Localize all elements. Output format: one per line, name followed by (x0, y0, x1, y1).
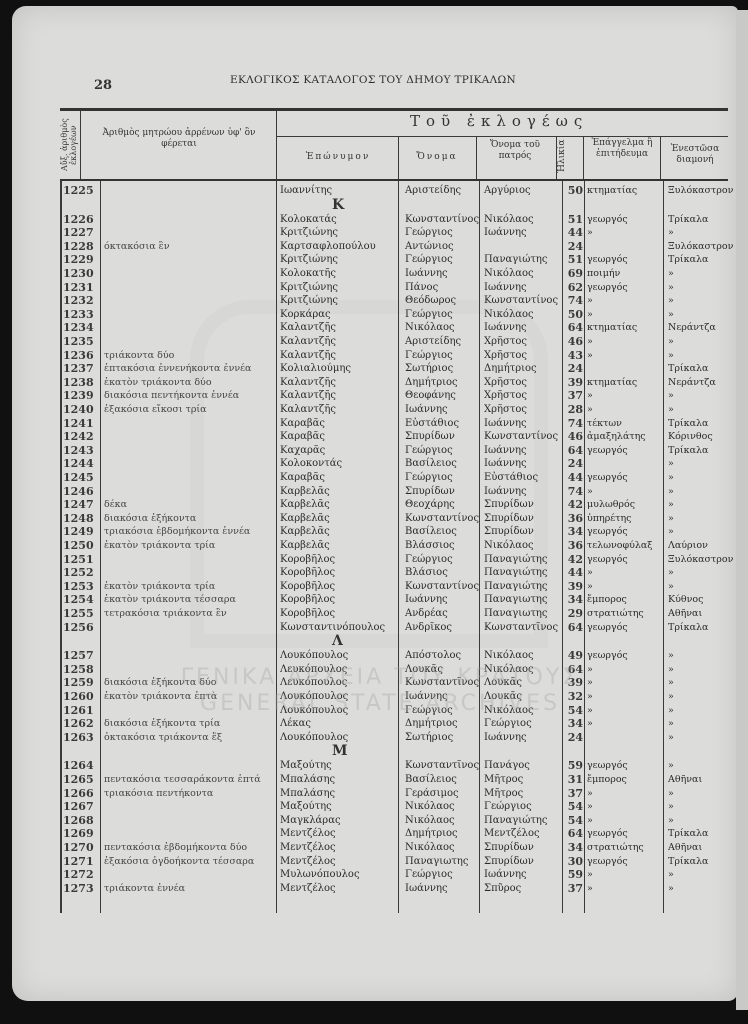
age-cell: 37 (565, 787, 583, 800)
residence-cell: » (668, 349, 674, 362)
residence-cell: Κύθνος (668, 593, 703, 606)
surname-cell: Κολοκατῆς (280, 267, 336, 280)
occupation-cell: » (587, 868, 593, 881)
occupation-cell: γεωργός (587, 213, 628, 226)
first-name-cell: Πάνος (405, 281, 438, 294)
first-name-cell: Κωνσταντῖνος (405, 676, 479, 689)
surname-cell: Καραβᾶς (280, 471, 325, 484)
header-father-name: Ὄνομα τοῦ πατρός (490, 140, 540, 162)
first-name-cell: Γεώργιος (405, 471, 453, 484)
registry-number-cell: τριακόσια ἑβδομήκοντα ἐννέα (104, 525, 250, 538)
father-name-cell: Κωνσταντίνος (484, 430, 558, 443)
father-name-cell: Χρῆστος (484, 403, 527, 416)
father-name-cell: Νικόλαος (484, 308, 534, 321)
first-name-cell: Κωνσταντίνος (405, 512, 479, 525)
age-cell: 59 (565, 759, 583, 772)
first-name-cell: Λουκᾶς (405, 663, 443, 676)
first-name-cell: Θεοχάρης (405, 498, 455, 511)
registry-number-cell: διακόσια πεντήκοντα ἐννέα (104, 389, 239, 402)
residence-cell: » (668, 389, 674, 402)
table-row: 1265πεντακόσια τεσσαράκοντα ἑπτάΜπαλάσης… (60, 773, 728, 786)
age-cell: 39 (565, 580, 583, 593)
age-cell: 69 (565, 267, 583, 280)
occupation-cell: » (587, 717, 593, 730)
first-name-cell: Θεοφάνης (405, 389, 456, 402)
residence-cell: Ξυλόκαστρον (668, 184, 733, 197)
table-row: 1262διακόσια ἑξήκοντα τρίαΛέκαςΔημήτριος… (60, 717, 728, 730)
registry-number-cell: ἑκατὸν τριάκοντα τρία (104, 539, 215, 552)
first-name-cell: Παναγιωτης (405, 855, 468, 868)
first-name-cell: Βασίλειος (405, 773, 457, 786)
page-number: 28 (94, 78, 112, 93)
header-divider (476, 136, 477, 179)
father-name-cell: Ιωάννης (484, 457, 527, 470)
header-divider (583, 136, 584, 179)
occupation-cell: γεωργός (587, 471, 628, 484)
table-row: 1246ΚαρβελᾶςΣπυρίδωνΙωάννης74»» (60, 485, 728, 498)
residence-cell: » (668, 717, 674, 730)
serial-number-cell: 1262 (63, 717, 99, 730)
father-name-cell: Παναγιώτης (484, 553, 547, 566)
father-name-cell: Κωνσταντίνος (484, 294, 558, 307)
table-row: 1237ἑπτακόσια ἐννενήκοντα ἐννέαΚολιαλιού… (60, 362, 728, 375)
registry-number-cell: διακόσια ἑξήκοντα (104, 512, 196, 525)
age-cell: 32 (565, 690, 583, 703)
table-row: 1242ΚαραβᾶςΣπυρίδωνΚωνσταντίνος46ἀμαξηλά… (60, 430, 728, 443)
first-name-cell: Ιωάννης (405, 267, 448, 280)
registry-number-cell: ἑκατὸν τριάκοντα δύο (104, 376, 212, 389)
serial-number-cell: 1238 (63, 376, 99, 389)
age-cell: 24 (565, 240, 583, 253)
father-name-cell: Γεώργιος (484, 800, 532, 813)
father-name-cell: Νικόλαος (484, 213, 534, 226)
table-row: 1227ΚριτζιώνηςΓεώργιοςΙωάννης44»» (60, 226, 728, 239)
surname-cell: Κριτζιώνης (280, 281, 338, 294)
header-surname: Ἐπώνυμον (280, 152, 396, 163)
residence-cell: Τρίκαλα (668, 362, 708, 375)
residence-cell: » (668, 704, 674, 717)
serial-number-cell: 1227 (63, 226, 99, 239)
surname-cell: Καλαντζῆς (280, 321, 336, 334)
age-cell: 46 (565, 430, 583, 443)
first-name-cell: Κωνσταντίνος (405, 213, 479, 226)
serial-number-cell: 1259 (63, 676, 99, 689)
age-cell: 39 (565, 376, 583, 389)
first-name-cell: Βασίλειος (405, 525, 457, 538)
occupation-cell: στρατιώτης (587, 841, 644, 854)
serial-number-cell: 1271 (63, 855, 99, 868)
serial-number-cell: 1242 (63, 430, 99, 443)
serial-number-cell: 1270 (63, 841, 99, 854)
surname-cell: Μεντζέλος (280, 882, 336, 895)
first-name-cell: Γεώργιος (405, 226, 453, 239)
serial-number-cell: 1255 (63, 607, 99, 620)
surname-cell: Κοροβῆλος (280, 593, 335, 606)
father-name-cell: Ιωάννης (484, 281, 527, 294)
residence-cell: » (668, 649, 674, 662)
father-name-cell: Ιωάννης (484, 731, 527, 744)
first-name-cell: Θεόδωρος (405, 294, 456, 307)
table-row: 1233ΚορκάραςΓεώργιοςΝικόλαος50»» (60, 308, 728, 321)
first-name-cell: Ανδρέας (405, 607, 448, 620)
surname-cell: Κολοκοντάς (280, 457, 342, 470)
occupation-cell: » (587, 566, 593, 579)
table-row: 1255τετρακόσια τριάκοντα ἓνΚοροβῆλοςΑνδρ… (60, 607, 728, 620)
table-row: 1241ΚαραβᾶςΕὐστάθιοςΙωάννης74τέκτωνΤρίκα… (60, 417, 728, 430)
occupation-cell: ἔμπορος (587, 593, 627, 606)
residence-cell: Τρίκαλα (668, 827, 708, 840)
first-name-cell: Βλάσιος (405, 566, 448, 579)
father-name-cell: Παναγιωτης (484, 593, 547, 606)
table-row: 1272ΜυλωνόπουλοςΓεώργιοςΙωάννης59»» (60, 868, 728, 881)
first-name-cell: Κωνσταντῖνος (405, 759, 479, 772)
surname-cell: Καλαντζῆς (280, 389, 336, 402)
father-name-cell: Κωνσταντῖνος (484, 621, 558, 634)
surname-cell: Κωνσταντινόπουλος (280, 621, 385, 634)
father-name-cell: Χρῆστος (484, 335, 527, 348)
serial-number-cell: 1237 (63, 362, 99, 375)
serial-number-cell: 1273 (63, 882, 99, 895)
age-cell: 50 (565, 184, 583, 197)
age-cell: 54 (565, 814, 583, 827)
age-cell: 24 (565, 457, 583, 470)
residence-cell: » (668, 868, 674, 881)
father-name-cell: Παναγιωτης (484, 607, 547, 620)
table-row: 1270πεντακόσια ἑβδομήκοντα δύοΜεντζέλοςΝ… (60, 841, 728, 854)
age-cell: 62 (565, 281, 583, 294)
table-row: 1235ΚαλαντζῆςΑριστείδηςΧρῆστος46»» (60, 335, 728, 348)
residence-cell: Λαύριον (668, 539, 708, 552)
surname-cell: Κοροβῆλος (280, 553, 335, 566)
father-name-cell: Σπῦρος (484, 882, 521, 895)
surname-cell: Λουκόπουλος (280, 649, 348, 662)
serial-number-cell: 1251 (63, 553, 99, 566)
registry-number-cell: πεντακόσια ἑβδομήκοντα δύο (104, 841, 247, 854)
age-cell: 24 (565, 362, 583, 375)
registry-number-cell: τριάκοντα ἐννέα (104, 882, 185, 895)
occupation-cell: » (587, 226, 593, 239)
table-row: 1266τριακόσια πεντήκονταΜπαλάσηςΓεράσιμο… (60, 787, 728, 800)
surname-cell: Μπαλάσης (280, 787, 335, 800)
age-cell: 44 (565, 226, 583, 239)
occupation-cell: » (587, 787, 593, 800)
surname-cell: Λουκόπουλος (280, 690, 348, 703)
serial-number-cell: 1258 (63, 663, 99, 676)
residence-cell: Τρίκαλα (668, 855, 708, 868)
alphabet-section-letter: Κ (332, 197, 344, 213)
occupation-cell: » (587, 485, 593, 498)
occupation-cell: ὑπηρέτης (587, 512, 632, 525)
occupation-cell: γεωργός (587, 759, 628, 772)
first-name-cell: Απόστολος (405, 649, 461, 662)
serial-number-cell: 1260 (63, 690, 99, 703)
first-name-cell: Νικόλαος (405, 814, 455, 827)
first-name-cell: Νικόλαος (405, 841, 455, 854)
serial-number-cell: 1243 (63, 444, 99, 457)
serial-number-cell: 1240 (63, 403, 99, 416)
age-cell: 36 (565, 539, 583, 552)
occupation-cell: γεωργός (587, 621, 628, 634)
residence-cell: » (668, 226, 674, 239)
surname-cell: Καχαρᾶς (280, 444, 325, 457)
surname-cell: Κολιαλιούμης (280, 362, 351, 375)
serial-number-cell: 1253 (63, 580, 99, 593)
occupation-cell: κτηματίας (587, 321, 637, 334)
residence-cell: » (668, 457, 674, 470)
header-divider (276, 111, 277, 179)
serial-number-cell: 1254 (63, 593, 99, 606)
occupation-cell: » (587, 690, 593, 703)
first-name-cell: Σπυρίδων (405, 430, 455, 443)
header-registry-number: Ἀριθμὸς μητρώου ἀρρένων ὑφ' ὃν φέρεται (86, 128, 272, 150)
father-name-cell: Χρῆστος (484, 349, 527, 362)
residence-cell: » (668, 731, 674, 744)
residence-cell: » (668, 663, 674, 676)
father-name-cell: Νικόλαος (484, 649, 534, 662)
residence-cell: » (668, 676, 674, 689)
header-elector-group: Τοῦ ἐκλογέως (410, 112, 588, 130)
serial-number-cell: 1247 (63, 498, 99, 511)
residence-cell: » (668, 485, 674, 498)
serial-number-cell: 1229 (63, 253, 99, 266)
occupation-cell: γεωργός (587, 827, 628, 840)
surname-cell: Μαγκλάρας (280, 814, 341, 827)
table-row: 1264ΜαξούτηςΚωνσταντῖνοςΠανάγος59γεωργός… (60, 759, 728, 772)
surname-cell: Μαξούτης (280, 759, 332, 772)
table-row: 1253ἑκατὸν τριάκοντα τρίαΚοροβῆλοςΚωνστα… (60, 580, 728, 593)
occupation-cell: στρατιώτης (587, 607, 644, 620)
occupation-cell: » (587, 294, 593, 307)
header-residence: Ἐνεστῶσα διαμονή (663, 144, 727, 166)
age-cell: 39 (565, 676, 583, 689)
surname-cell: Καλαντζῆς (280, 403, 336, 416)
surname-cell: Λουκόπουλος (280, 704, 348, 717)
age-cell: 64 (565, 321, 583, 334)
table-row: 1225ΙωαννίτηςΑριστείδηςΑργύριος50κτηματί… (60, 184, 728, 197)
serial-number-cell: 1239 (63, 389, 99, 402)
surname-cell: Λευκόπουλος (280, 663, 347, 676)
residence-cell: Κόρινθος (668, 430, 713, 443)
table-row: 1247δέκαΚαρβελᾶςΘεοχάρηςΣπυρίδων42μυλωθρ… (60, 498, 728, 511)
surname-cell: Καρβελᾶς (280, 512, 330, 525)
surname-cell: Λουκόπουλος (280, 731, 348, 744)
residence-cell: » (668, 814, 674, 827)
first-name-cell: Γεώργιος (405, 444, 453, 457)
table-row: 1268ΜαγκλάραςΝικόλαοςΠαναγιώτης54»» (60, 814, 728, 827)
registry-number-cell: όκτακόσια ἓν (104, 240, 170, 253)
serial-number-cell: 1272 (63, 868, 99, 881)
first-name-cell: Δημήτριος (405, 717, 458, 730)
occupation-cell: » (587, 308, 593, 321)
occupation-cell: γεωργός (587, 553, 628, 566)
first-name-cell: Σπυρίδων (405, 485, 455, 498)
surname-cell: Καλαντζῆς (280, 349, 336, 362)
table-row: 1269ΜεντζέλοςΔημήτριοςΜεντζέλος64γεωργός… (60, 827, 728, 840)
surname-cell: Κορκάρας (280, 308, 331, 321)
registry-number-cell: ὀκτακόσια τριάκοντα ἕξ (104, 731, 222, 744)
registry-number-cell: ἑξακόσια εἴκοσι τρία (104, 403, 207, 416)
surname-cell: Καραβᾶς (280, 417, 325, 430)
father-name-cell: Αργύριος (484, 184, 531, 197)
age-cell: 30 (565, 855, 583, 868)
father-name-cell: Μῆτρος (484, 773, 523, 786)
occupation-cell: γεωργός (587, 525, 628, 538)
age-cell: 44 (565, 471, 583, 484)
first-name-cell: Δημήτριος (405, 376, 458, 389)
running-head: ΕΚΛΟΓΙΚΟΣ ΚΑΤΑΛΟΓΟΣ ΤΟΥ ΔΗΜΟΥ ΤΡΙΚΑΛΩΝ (230, 74, 570, 86)
surname-cell: Κοροβῆλος (280, 566, 335, 579)
serial-number-cell: 1226 (63, 213, 99, 226)
surname-cell: Καρβελᾶς (280, 525, 330, 538)
first-name-cell: Κωνσταντίνος (405, 580, 479, 593)
father-name-cell: Πανάγος (484, 759, 530, 772)
residence-cell: » (668, 308, 674, 321)
surname-cell: Καρβελᾶς (280, 539, 330, 552)
surname-cell: Μυλωνόπουλος (280, 868, 360, 881)
father-name-cell: Ιωάννης (484, 868, 527, 881)
table-row: 1228όκτακόσια ἓνΚαρτσαφλοπούλουΑντώνιος2… (60, 240, 728, 253)
table-row: 1229ΚριτζιώνηςΓεώργιοςΠαναγιώτης51γεωργό… (60, 253, 728, 266)
table-row: 1258ΛευκόπουλοςΛουκᾶςΝικόλαος64»» (60, 663, 728, 676)
age-cell: 51 (565, 213, 583, 226)
first-name-cell: Γεώργιος (405, 349, 453, 362)
first-name-cell: Γεώργιος (405, 253, 453, 266)
surname-cell: Μαξούτης (280, 800, 332, 813)
first-name-cell: Γεράσιμος (405, 787, 459, 800)
header-divider (660, 136, 661, 179)
serial-number-cell: 1225 (63, 184, 99, 197)
residence-cell: » (668, 498, 674, 511)
father-name-cell: Νικόλαος (484, 539, 534, 552)
header-bottom-rule (60, 179, 728, 181)
age-cell: 42 (565, 553, 583, 566)
first-name-cell: Αντώνιος (405, 240, 454, 253)
serial-number-cell: 1241 (63, 417, 99, 430)
serial-number-cell: 1266 (63, 787, 99, 800)
residence-cell: » (668, 525, 674, 538)
father-name-cell: Ιωάννης (484, 444, 527, 457)
father-name-cell: Ιωάννης (484, 321, 527, 334)
serial-number-cell: 1230 (63, 267, 99, 280)
serial-number-cell: 1246 (63, 485, 99, 498)
age-cell: 50 (565, 308, 583, 321)
table-row: 1271ἑξακόσια ὀγδοήκοντα τέσσαραΜεντζέλος… (60, 855, 728, 868)
residence-cell: Αθῆναι (668, 841, 702, 854)
table-row: 1239διακόσια πεντήκοντα ἐννέαΚαλαντζῆςΘε… (60, 389, 728, 402)
table-top-rule (60, 108, 728, 111)
surname-cell: Καρτσαφλοπούλου (280, 240, 376, 253)
residence-cell: Τρίκαλα (668, 253, 708, 266)
serial-number-cell: 1235 (63, 335, 99, 348)
father-name-cell: Νικόλαος (484, 704, 534, 717)
father-name-cell: Ιωάννης (484, 226, 527, 239)
father-name-cell: Παναγιώτης (484, 253, 547, 266)
table-row: 1243ΚαχαρᾶςΓεώργιοςΙωάννης64γεωργόςΤρίκα… (60, 444, 728, 457)
occupation-cell: ἔμπορος (587, 773, 627, 786)
occupation-cell: γεωργός (587, 253, 628, 266)
father-name-cell: Χρῆστος (484, 389, 527, 402)
serial-number-cell: 1252 (63, 566, 99, 579)
residence-cell: Ξυλόκαστρον (668, 240, 733, 253)
first-name-cell: Βλάσσιος (405, 539, 455, 552)
surname-cell: Κριτζιώνης (280, 226, 338, 239)
surname-cell: Κριτζιώνης (280, 294, 338, 307)
occupation-cell: » (587, 704, 593, 717)
registry-number-cell: ἑκατὸν τριάκοντα ἑπτὰ (104, 690, 217, 703)
residence-cell: Τρίκαλα (668, 444, 708, 457)
age-cell: 37 (565, 882, 583, 895)
registry-number-cell: ἑκατὸν τριάκοντα τέσσαρα (104, 593, 236, 606)
first-name-cell: Γεώργιος (405, 704, 453, 717)
serial-number-cell: 1265 (63, 773, 99, 786)
first-name-cell: Αριστείδης (405, 184, 461, 197)
table-row: 1236τριάκοντα δύοΚαλαντζῆςΓεώργιοςΧρῆστο… (60, 349, 728, 362)
table-row: 1240ἑξακόσια εἴκοσι τρίαΚαλαντζῆςΙωάννης… (60, 403, 728, 416)
table-row: 1254ἑκατὸν τριάκοντα τέσσαραΚοροβῆλοςΙωά… (60, 593, 728, 606)
table-row: 1238ἑκατὸν τριάκοντα δύοΚαλαντζῆςΔημήτρι… (60, 376, 728, 389)
surname-cell: Κοροβῆλος (280, 580, 335, 593)
serial-number-cell: 1263 (63, 731, 99, 744)
table-row: 1249τριακόσια ἑβδομήκοντα ἐννέαΚαρβελᾶςΒ… (60, 525, 728, 538)
occupation-cell: » (587, 663, 593, 676)
age-cell: 34 (565, 593, 583, 606)
age-cell: 74 (565, 294, 583, 307)
occupation-cell: » (587, 800, 593, 813)
serial-number-cell: 1244 (63, 457, 99, 470)
surname-cell: Καρβελᾶς (280, 498, 330, 511)
registry-number-cell: ἑκατὸν τριάκοντα τρία (104, 580, 215, 593)
residence-cell: » (668, 512, 674, 525)
serial-number-cell: 1267 (63, 800, 99, 813)
residence-cell: » (668, 403, 674, 416)
age-cell: 31 (565, 773, 583, 786)
father-name-cell: Σπυρίδων (484, 525, 534, 538)
next-page-edge (736, 10, 748, 1010)
father-name-cell: Νικόλαος (484, 663, 534, 676)
occupation-cell: » (587, 580, 593, 593)
first-name-cell: Ιωάννης (405, 690, 448, 703)
surname-cell: Λέκας (280, 717, 311, 730)
first-name-cell: Ιωάννης (405, 593, 448, 606)
residence-cell: Τρίκαλα (668, 213, 708, 226)
serial-number-cell: 1233 (63, 308, 99, 321)
header-occupation: Ἐπάγγελμα ἢ ἐπιτήδευμα (587, 138, 657, 160)
residence-cell: Τρίκαλα (668, 621, 708, 634)
first-name-cell: Γεώργιος (405, 308, 453, 321)
occupation-cell: γεωργός (587, 444, 628, 457)
surname-cell: Κριτζιώνης (280, 253, 338, 266)
residence-cell: » (668, 267, 674, 280)
residence-cell: Ξυλόκαστρον (668, 553, 733, 566)
table-row: 1257ΛουκόπουλοςΑπόστολοςΝικόλαος49γεωργό… (60, 649, 728, 662)
first-name-cell: Εὐστάθιος (405, 417, 459, 430)
father-name-cell: Εὐστάθιος (484, 471, 538, 484)
father-name-cell: Δημήτριος (484, 362, 537, 375)
serial-number-cell: 1264 (63, 759, 99, 772)
surname-cell: Λευκόπουλος (280, 676, 347, 689)
age-cell: 74 (565, 485, 583, 498)
header-divider (398, 136, 399, 179)
father-name-cell: Παναγιώτης (484, 814, 547, 827)
age-cell: 29 (565, 607, 583, 620)
surname-cell: Κολοκατάς (280, 213, 337, 226)
registry-number-cell: δέκα (104, 498, 127, 511)
age-cell: 44 (565, 566, 583, 579)
registry-number-cell: τριάκοντα δύο (104, 349, 174, 362)
first-name-cell: Ιωάννης (405, 403, 448, 416)
serial-number-cell: 1250 (63, 539, 99, 552)
surname-cell: Μεντζέλος (280, 827, 336, 840)
